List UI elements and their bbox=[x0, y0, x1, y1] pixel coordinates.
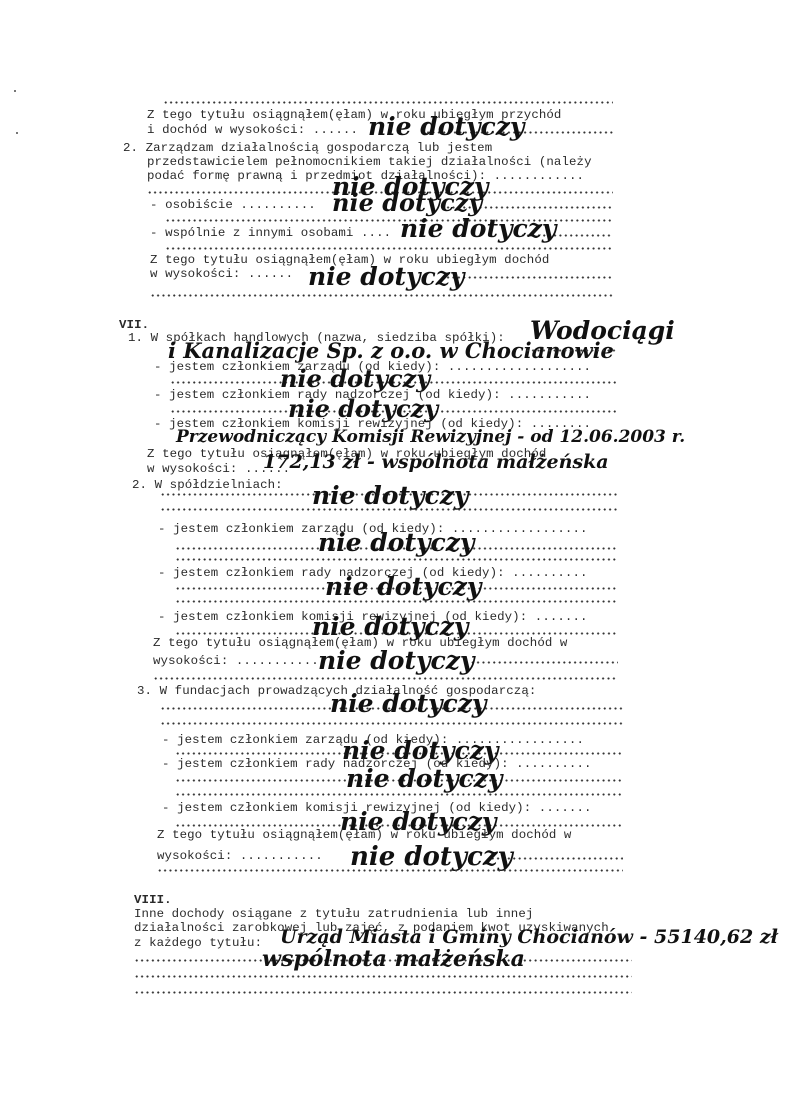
vi-item2-income-2: w wysokości: ...... bbox=[150, 267, 293, 281]
fill-line bbox=[470, 661, 618, 664]
fill-line bbox=[153, 677, 618, 680]
handwritten-answer: Urząd Miasta i Gminy Chocianów - 55140,6… bbox=[280, 926, 778, 948]
fill-line bbox=[525, 349, 617, 352]
fill-line bbox=[157, 869, 623, 872]
handwritten-answer: nie dotyczy bbox=[330, 689, 486, 718]
handwritten-answer: nie dotyczy bbox=[308, 262, 464, 291]
vii-item3-income-1: Z tego tytułu osiągnąłem(ęłam) w roku ub… bbox=[157, 828, 571, 842]
fill-line bbox=[150, 294, 613, 297]
vi-personally-label: - osobiście .......... bbox=[150, 198, 316, 212]
fill-line bbox=[160, 508, 618, 511]
vi-jointly-label: - wspólnie z innymi osobami .... bbox=[150, 226, 391, 240]
handwritten-answer: 172,13 zł - wspólnota małżeńska bbox=[263, 451, 609, 473]
handwritten-answer: nie dotyczy bbox=[346, 764, 502, 793]
section-vii-heading: VII. bbox=[119, 318, 149, 332]
handwritten-answer: nie dotyczy bbox=[350, 842, 513, 872]
fill-line bbox=[134, 975, 632, 978]
fill-line bbox=[165, 247, 613, 250]
viii-text-1: Inne dochody osiągane z tytułu zatrudnie… bbox=[134, 907, 533, 921]
vii-item3-income-2: wysokości: ........... bbox=[157, 849, 323, 863]
fill-line bbox=[175, 793, 623, 796]
fill-line bbox=[440, 276, 613, 279]
handwritten-answer: nie dotyczy bbox=[368, 112, 524, 141]
handwritten-answer: nie dotyczy bbox=[325, 572, 481, 601]
handwritten-answer: nie dotyczy bbox=[332, 188, 482, 217]
handwritten-answer: nie dotyczy bbox=[318, 528, 474, 557]
fill-line bbox=[175, 600, 618, 603]
viii-text-3: z każdego tytułu: bbox=[134, 936, 262, 950]
scan-speck bbox=[14, 90, 16, 92]
handwritten-answer: Przewodniczący Komisji Rewizyjnej - od 1… bbox=[176, 427, 685, 447]
fill-line bbox=[160, 722, 623, 725]
handwritten-answer: nie dotyczy bbox=[400, 214, 556, 243]
fill-line bbox=[134, 991, 632, 994]
fill-line bbox=[175, 558, 618, 561]
scan-speck bbox=[16, 132, 18, 134]
fill-line bbox=[163, 101, 613, 104]
vii-item2-income-2: wysokości: ........... bbox=[153, 654, 319, 668]
vi-income-text-2: i dochód w wysokości: ...... bbox=[147, 123, 358, 137]
vi-item2-text-1: 2. Zarządzam działalnością gospodarczą l… bbox=[123, 141, 492, 155]
handwritten-answer: wspólnota małżeńska bbox=[262, 946, 525, 972]
handwritten-answer: nie dotyczy bbox=[318, 646, 474, 675]
section-viii-heading: VIII. bbox=[134, 893, 172, 907]
vii-item2-label: 2. W spółdzielniach: bbox=[132, 478, 283, 492]
scanned-declaration-page: Z tego tytułu osiągnąłem(ęłam) w roku ub… bbox=[0, 0, 791, 1117]
handwritten-answer: nie dotyczy bbox=[312, 481, 468, 510]
vi-item2-text-2: przedstawicielem pełnomocnikiem takiej d… bbox=[147, 155, 592, 169]
